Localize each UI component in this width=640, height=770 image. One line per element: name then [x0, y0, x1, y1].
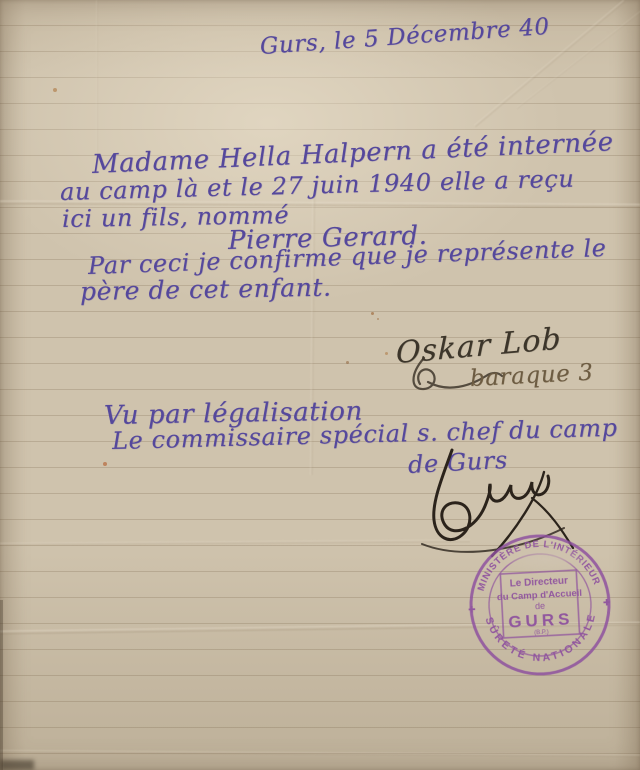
fold-crease	[96, 0, 98, 160]
scanned-letter-page: Gurs, le 5 Décembre 40 Madame Hella Halp…	[0, 0, 640, 770]
ink-speck	[385, 352, 388, 355]
ink-speck	[53, 88, 57, 92]
ink-speck	[377, 318, 379, 320]
stamp-center-line: de	[535, 601, 546, 612]
ink-speck	[371, 312, 374, 315]
scan-edge-shadow	[0, 600, 3, 770]
dateline: Gurs, le 5 Décembre 40	[259, 14, 550, 60]
scan-edge-shadow	[0, 760, 34, 770]
ink-speck	[103, 462, 107, 466]
stamp-star-left-icon: ✚	[468, 604, 477, 614]
stamp-center-line: (B.P.)	[534, 630, 549, 637]
stamp-worn-patch	[500, 546, 590, 572]
body-line: père de cet enfant.	[80, 273, 332, 306]
stamp-star-right-icon: ✚	[603, 597, 612, 607]
stamp-center-line: GURS	[508, 609, 574, 631]
ink-speck	[346, 361, 349, 364]
stamp-center-line: Le Directeur	[509, 576, 568, 590]
barrack-note: baraque 3	[469, 360, 594, 392]
fold-crease	[0, 750, 640, 757]
